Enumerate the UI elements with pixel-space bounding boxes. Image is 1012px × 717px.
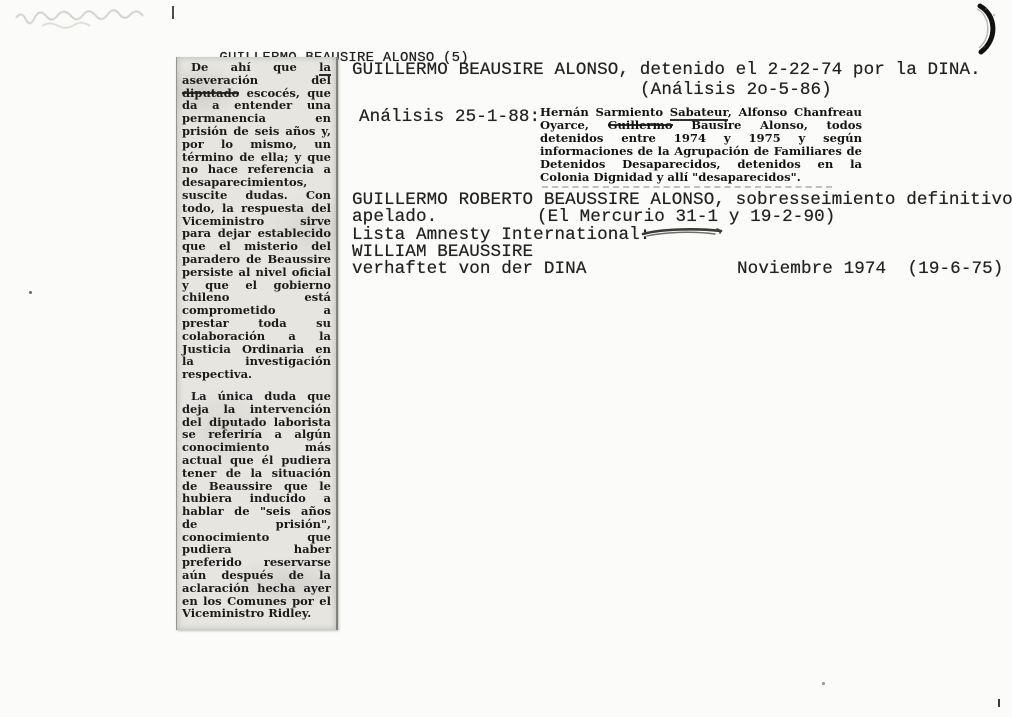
clipping-text: escocés, que da a entender una permanenc…: [182, 86, 331, 382]
speck-artifact: [822, 682, 825, 685]
typed-line-verhaftet: verhaftet von der DINA: [352, 260, 586, 279]
clipping-inline-paragraph: Hernán Sarmiento Sabateur, Alfonso Chanf…: [540, 106, 862, 184]
tick-mark-artifact: [172, 6, 174, 19]
speck-artifact: [29, 291, 32, 294]
pen-struck-word: Guillermo: [608, 118, 673, 132]
scanned-document-page: GUILLERMO BEAUSIRE ALONSO (5) De ahí que…: [0, 0, 1012, 717]
clipping-paragraph-1: De ahí que la aseveración del diputado e…: [182, 61, 331, 381]
typed-line-detention: GUILLERMO BEAUSIRE ALONSO, detenido el 2…: [352, 61, 981, 80]
clipping-text: Hernán Sarmiento: [540, 105, 670, 119]
pen-dash-mark: [641, 225, 725, 239]
faint-dashed-underline-artifact: [542, 186, 832, 188]
clipping-paragraph-2: La única duda que deja la intervención d…: [182, 390, 331, 620]
newspaper-clipping-left: De ahí que la aseveración del diputado e…: [176, 57, 338, 630]
pencil-smudge-marks: [12, 4, 172, 35]
typed-line-date-noviembre: Noviembre 1974 (19-6-75): [737, 260, 1003, 279]
typed-label-analisis-date: Análisis 25-1-88:: [359, 108, 540, 127]
scan-crescent-artifact: [974, 3, 1004, 55]
typed-line-source-analisis: (Análisis 2o-5-86): [640, 81, 832, 100]
newspaper-clipping-inline: Hernán Sarmiento Sabateur, Alfonso Chanf…: [540, 106, 862, 184]
tick-mark-artifact: [998, 699, 1000, 707]
